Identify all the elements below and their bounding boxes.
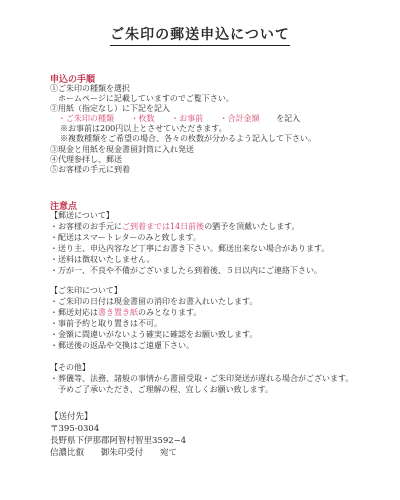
step-3: ③現金と用紙を現金書留封筒に入れ発送 — [50, 145, 194, 155]
goshuin-line-5: ・郵送後の返品や交換はご遠慮下さい。 — [50, 341, 194, 351]
text: ・郵送対応は — [50, 308, 98, 317]
page-title: ご朱印の郵送申込について — [0, 24, 400, 44]
note-2: ※複数種類をご希望の場合、各々の枚数が分かるよう記入して下さい。 — [60, 134, 316, 144]
shipping-line-3: ・送り主、申込内容など丁寧にお書き下さい。郵送出来ない場合があります。 — [50, 244, 329, 254]
step-2-items: ・ご朱印の種類 ・枚数 ・お事前 ・合計金額 を記入 — [58, 114, 300, 124]
recipient-dept: 御朱印受付 — [101, 448, 144, 458]
shipping-line-1: ・お客様のお手元にご到着までは14日前後の猶予を頂戴いたします。 — [50, 222, 300, 232]
recipient: 信濃比叡 御朱印受付 宛て — [50, 448, 177, 458]
item-total: ・合計金額 — [220, 114, 260, 123]
step-5: ⑤お客様の手元に到着 — [50, 165, 130, 175]
note-1: ※お事前は200円以上とさせていただきます。 — [60, 124, 227, 134]
step-1-note: ホームページに記載していますのでご覧下さい。 — [58, 94, 234, 104]
item-suffix: を記入 — [276, 114, 300, 123]
step-2: ②用紙（指定なし）に下記を記入 — [50, 104, 170, 114]
street-address: 長野県下伊那郡阿智村智里3592−4 — [50, 436, 186, 446]
step-4: ④代理参拝し、郵送 — [50, 155, 122, 165]
text: のみとなります。 — [138, 308, 201, 317]
highlight-text: ご到着までは14日前後 — [122, 222, 204, 231]
goshuin-line-4: ・金額に間違いがないよう確実に確認をお願い致します。 — [50, 330, 257, 340]
goshuin-line-1: ・ご朱印の日付は現金書留の消印をお書入れいたします。 — [50, 297, 257, 307]
goshuin-label: 【ご朱印について】 — [50, 286, 122, 296]
goshuin-line-2: ・郵送対応は書き置き紙のみとなります。 — [50, 308, 201, 318]
shipping-line-5: ・万が一、不良や不備がございましたら到着後、５日以内にご連絡下さい。 — [50, 266, 322, 276]
shipping-label: 【郵送について】 — [50, 211, 114, 221]
goshuin-line-3: ・事前予約と取り置きは不可。 — [50, 319, 162, 329]
recipient-temple: 信濃比叡 — [50, 448, 84, 458]
address-label: 【送付先】 — [50, 412, 93, 422]
other-line-2: 予めご了承いただき、ご理解の程、宜しくお願い致します。 — [58, 385, 273, 395]
item-type: ・ご朱印の種類 — [58, 114, 114, 123]
text: ・お客様のお手元に — [50, 222, 122, 231]
item-offering: ・お事前 — [171, 114, 203, 123]
text: の猶予を頂戴いたします。 — [204, 222, 299, 231]
step-1: ①ご朱印の種類を選択 — [50, 84, 130, 94]
other-label: 【その他】 — [50, 363, 90, 373]
item-count: ・枚数 — [131, 114, 155, 123]
highlight-text: 書き置き紙 — [98, 308, 138, 317]
other-line-1: ・葬儀等、法務、諸般の事情から書留受取・ご朱印発送が遅れる場合がございます。 — [50, 374, 353, 384]
shipping-line-2: ・配送はスマートレターのみと致します。 — [50, 233, 201, 243]
postal-code: 〒395-0304 — [50, 424, 99, 434]
recipient-suffix: 宛て — [160, 448, 177, 458]
shipping-line-4: ・送料は徴収いたしません。 — [50, 255, 154, 265]
